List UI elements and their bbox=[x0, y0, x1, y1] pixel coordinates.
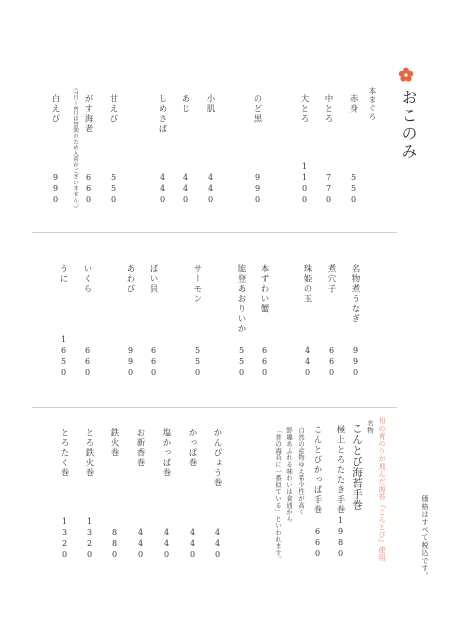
menu-item: あわび 990 bbox=[124, 264, 136, 379]
menu-item: 名物煮うなぎ 990 bbox=[349, 264, 361, 379]
menu-item: がす海老 660 bbox=[82, 94, 94, 206]
menu-item: ばい貝 660 bbox=[147, 264, 159, 379]
item-price: 440 bbox=[211, 528, 223, 561]
item-name: 煮穴子 bbox=[325, 264, 337, 294]
item-name: 塩かっぱ巻 bbox=[160, 428, 172, 478]
feature-label: 名物 bbox=[365, 420, 374, 434]
item-name: 大とろ bbox=[298, 94, 310, 124]
item-name: サーモン bbox=[191, 264, 203, 304]
item-price: 1980 bbox=[334, 516, 346, 560]
item-name: とろ鉄火巻 bbox=[83, 428, 95, 478]
item-price: 1320 bbox=[58, 517, 70, 561]
item-name: 名物煮うなぎ bbox=[349, 264, 361, 324]
menu-item: のど黒 990 bbox=[251, 94, 263, 206]
feature-description-line: 自然の産物ゆえ希少性が高く bbox=[296, 427, 305, 515]
menu-item: 極上とろたたき手巻 1980 bbox=[334, 425, 346, 560]
item-note: （7月～8月は禁漁のため入荷がございません。） bbox=[71, 85, 79, 212]
item-price: 1320 bbox=[83, 517, 95, 561]
item-name: あじ bbox=[179, 94, 191, 114]
menu-item: 大とろ 1100 bbox=[298, 94, 310, 206]
item-name: 極上とろたたき手巻 bbox=[334, 425, 346, 515]
menu-item: サーモン 550 bbox=[191, 264, 203, 379]
menu-item: かんぴょう巻 440 bbox=[211, 428, 223, 561]
item-name: 中とろ bbox=[322, 94, 334, 124]
menu-item: 赤身 550 bbox=[347, 94, 359, 206]
item-price: 550 bbox=[191, 346, 203, 379]
plum-blossom-icon bbox=[398, 67, 414, 83]
feature-tagline: 旬の青のりが飛んだ海苔『こんとび』使用 bbox=[377, 417, 387, 561]
item-name: 赤身 bbox=[347, 94, 359, 114]
menu-item: 白えび 990 bbox=[49, 94, 61, 206]
item-name: 白えび bbox=[49, 94, 61, 124]
item-price: 550 bbox=[347, 173, 359, 206]
item-price: 440 bbox=[160, 528, 172, 561]
menu-item: 甘えび 550 bbox=[107, 94, 119, 206]
item-name: のど黒 bbox=[251, 94, 263, 124]
item-price: 440 bbox=[156, 173, 168, 206]
menu-item: 珠姫の玉 440 bbox=[301, 264, 313, 379]
menu-item: 本ずわい蟹 660 bbox=[258, 264, 270, 379]
item-price: 550 bbox=[235, 346, 247, 379]
menu-item: とろたく巻 1320 bbox=[58, 428, 70, 561]
item-name: 小肌 bbox=[204, 94, 216, 114]
item-name: こんとびかっぱ手巻 bbox=[311, 425, 323, 515]
menu-item: しめさば 440 bbox=[156, 94, 168, 206]
item-price: 660 bbox=[82, 173, 94, 206]
section-divider bbox=[32, 232, 397, 233]
menu-item: かっぱ巻 440 bbox=[186, 428, 198, 561]
feature-description-line: 野趣あふれる味わいは食通から bbox=[284, 427, 293, 522]
item-name: ばい貝 bbox=[147, 264, 159, 294]
item-name: 珠姫の玉 bbox=[301, 264, 313, 304]
item-name: あわび bbox=[124, 264, 136, 294]
item-price: 1650 bbox=[57, 335, 69, 379]
menu-item: 鉄火巻 880 bbox=[108, 428, 120, 561]
menu-item: 中とろ 770 bbox=[322, 94, 334, 206]
item-price: 990 bbox=[49, 173, 61, 206]
menu-item: あじ 440 bbox=[179, 94, 191, 206]
item-price: 440 bbox=[186, 528, 198, 561]
item-price: 660 bbox=[258, 346, 270, 379]
menu-item: 小肌 440 bbox=[204, 94, 216, 206]
item-price: 1100 bbox=[298, 162, 310, 206]
feature-description-line: 「昔の海苔に一番似ている」といわれます。 bbox=[273, 427, 282, 563]
item-price: 440 bbox=[179, 173, 191, 206]
item-name: 甘えび bbox=[107, 94, 119, 124]
item-price: 770 bbox=[322, 173, 334, 206]
section-divider bbox=[32, 407, 397, 408]
item-name: お新香巻 bbox=[134, 428, 146, 468]
item-price: 660 bbox=[311, 527, 323, 560]
item-name: 鉄火巻 bbox=[108, 428, 120, 458]
item-name: がす海老 bbox=[82, 94, 94, 134]
item-price: 880 bbox=[108, 528, 120, 561]
menu-item: とろ鉄火巻 1320 bbox=[83, 428, 95, 561]
menu-item: 能登あおりいか 550 bbox=[235, 264, 247, 379]
menu-item: こんとびかっぱ手巻 660 bbox=[311, 425, 323, 560]
item-price: 660 bbox=[325, 346, 337, 379]
item-price: 990 bbox=[251, 173, 263, 206]
menu-item: うに 1650 bbox=[57, 264, 69, 379]
item-price: 440 bbox=[134, 528, 146, 561]
page-title: おこのみ bbox=[398, 89, 418, 161]
tax-note: 価格はすべて税込です。 bbox=[420, 495, 430, 580]
item-name: かんぴょう巻 bbox=[211, 428, 223, 488]
item-name: 本ずわい蟹 bbox=[258, 264, 270, 314]
menu-item: いくら 660 bbox=[81, 264, 93, 379]
item-name: 能登あおりいか bbox=[235, 264, 247, 334]
item-price: 990 bbox=[349, 346, 361, 379]
item-price: 990 bbox=[124, 346, 136, 379]
item-price: 660 bbox=[147, 346, 159, 379]
item-price: 440 bbox=[301, 346, 313, 379]
item-name: いくら bbox=[81, 264, 93, 294]
item-name: とろたく巻 bbox=[58, 428, 70, 478]
menu-item: お新香巻 440 bbox=[134, 428, 146, 561]
item-price: 660 bbox=[81, 346, 93, 379]
menu-item: 煮穴子 660 bbox=[325, 264, 337, 379]
item-name: かっぱ巻 bbox=[186, 428, 198, 468]
menu-item: 塩かっぱ巻 440 bbox=[160, 428, 172, 561]
feature-title: こんとび海苔手巻 bbox=[350, 423, 364, 510]
item-price: 550 bbox=[107, 173, 119, 206]
item-price: 440 bbox=[204, 173, 216, 206]
group-label: 本まぐろ bbox=[367, 87, 377, 121]
item-name: しめさば bbox=[156, 94, 168, 134]
item-name: うに bbox=[57, 264, 69, 284]
